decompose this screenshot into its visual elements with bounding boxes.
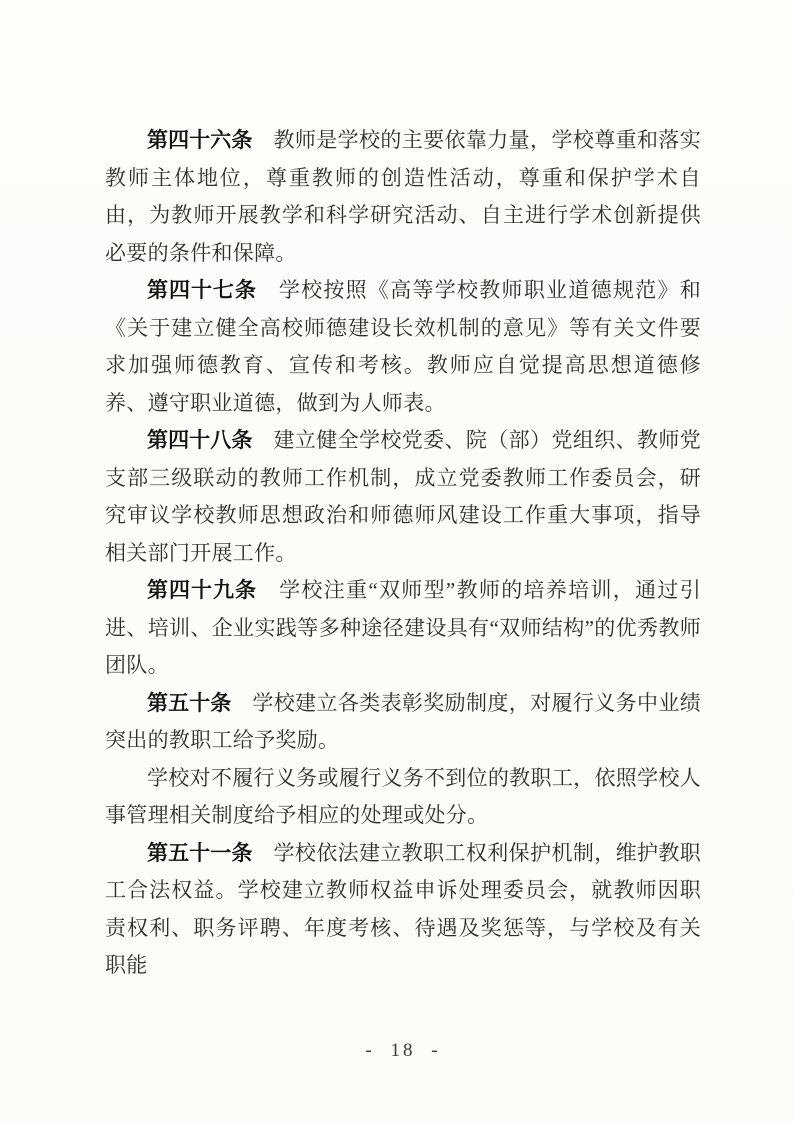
article-paragraph: 第四十六条教师是学校的主要依靠力量，学校尊重和落实教师主体地位，尊重教师的创造性…	[105, 122, 701, 272]
article-text: 学校对不履行义务或履行义务不到位的教职工，依照学校人事管理相关制度给予相应的处理…	[105, 766, 701, 828]
article-number: 第四十九条	[147, 579, 279, 602]
document-page: 第四十六条教师是学校的主要依靠力量，学校尊重和落实教师主体地位，尊重教师的创造性…	[0, 0, 793, 1121]
article-paragraph: 第四十九条学校注重“双师型”教师的培养培训，通过引进、培训、企业实践等多种途径建…	[105, 572, 701, 685]
article-paragraph: 第五十一条学校依法建立教职工权利保护机制，维护教职工合法权益。学校建立教师权益申…	[105, 835, 701, 985]
document-body: 第四十六条教师是学校的主要依靠力量，学校尊重和落实教师主体地位，尊重教师的创造性…	[105, 122, 701, 985]
article-number: 第四十八条	[147, 429, 274, 452]
article-number: 第四十七条	[147, 279, 279, 302]
article-paragraph: 第五十条学校建立各类表彰奖励制度，对履行义务中业绩突出的教职工给予奖励。	[105, 685, 701, 760]
article-number: 第五十条	[147, 692, 252, 715]
article-number: 第四十六条	[147, 129, 274, 152]
page-number: - 18 -	[105, 1040, 701, 1062]
article-paragraph: 学校对不履行义务或履行义务不到位的教职工，依照学校人事管理相关制度给予相应的处理…	[105, 760, 701, 835]
article-paragraph: 第四十八条建立健全学校党委、院（部）党组织、教师党支部三级联动的教师工作机制，成…	[105, 422, 701, 572]
article-number: 第五十一条	[147, 842, 274, 865]
article-paragraph: 第四十七条学校按照《高等学校教师职业道德规范》和《关于建立健全高校师德建设长效机…	[105, 272, 701, 422]
